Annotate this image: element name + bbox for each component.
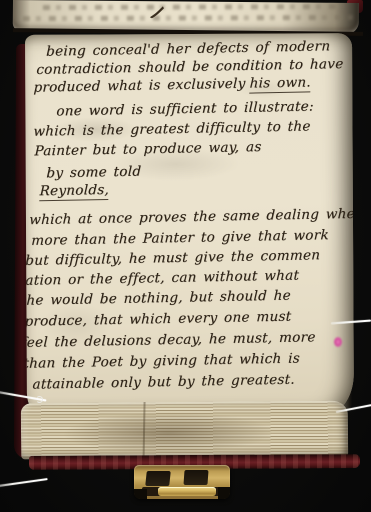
handwriting-line: but difficulty, he must give the commen (25, 248, 320, 268)
handwriting-line: ation or the effect, can without what (25, 269, 299, 288)
notebook-photograph: being conceal'd her defects of modern co… (0, 0, 371, 512)
handwriting-line: produced what is exclusivelyhis own. (33, 75, 311, 94)
underlined-words: his own. (249, 74, 311, 93)
handwriting-line: being conceal'd her defects of modern (46, 39, 331, 58)
handwriting-line: which is the greatest difficulty to the (33, 119, 311, 138)
handwriting-line: than the Poet by giving that which is (25, 351, 300, 370)
handwriting-line: he would be nothing, but should he (26, 289, 291, 308)
clasp-notch (134, 489, 147, 499)
pink-mark (333, 336, 343, 348)
underlined-words: Reynolds, (39, 182, 109, 201)
handwriting-line: produce, that which every one must (25, 310, 292, 329)
tie-string-left-lower (0, 478, 48, 487)
handwriting-segment: produced what is exclusively (33, 76, 246, 96)
handwriting-line: Painter but to produce way, as (34, 140, 262, 158)
clasp-hole (145, 471, 171, 486)
handwriting-line: attainable only but by the greatest. (32, 373, 295, 392)
clasp-notch (218, 487, 230, 499)
tie-string-loop (36, 396, 43, 403)
page-edge-stack (21, 401, 348, 460)
manuscript-page: being conceal'd her defects of modern co… (25, 33, 354, 415)
handwriting-line: by some told (46, 165, 141, 181)
handwriting: being conceal'd her defects of modern co… (25, 33, 354, 415)
clasp-hole (183, 470, 208, 485)
ink-tick-icon (148, 5, 166, 19)
ghost-writing-line (23, 15, 355, 21)
handwriting-line: which at once proves the same dealing wh… (29, 207, 354, 227)
brass-clasp (134, 465, 230, 499)
handwriting-line: more than the Painter to give that work (31, 228, 329, 248)
ghost-writing-line (43, 4, 343, 10)
handwriting-line: feel the delusions decay, he must, more (25, 330, 316, 350)
handwriting-line: Reynolds, (39, 183, 109, 198)
clasp-hinge-bar (158, 487, 216, 496)
handwriting-line: one word is sufficient to illustrate: (56, 100, 314, 119)
